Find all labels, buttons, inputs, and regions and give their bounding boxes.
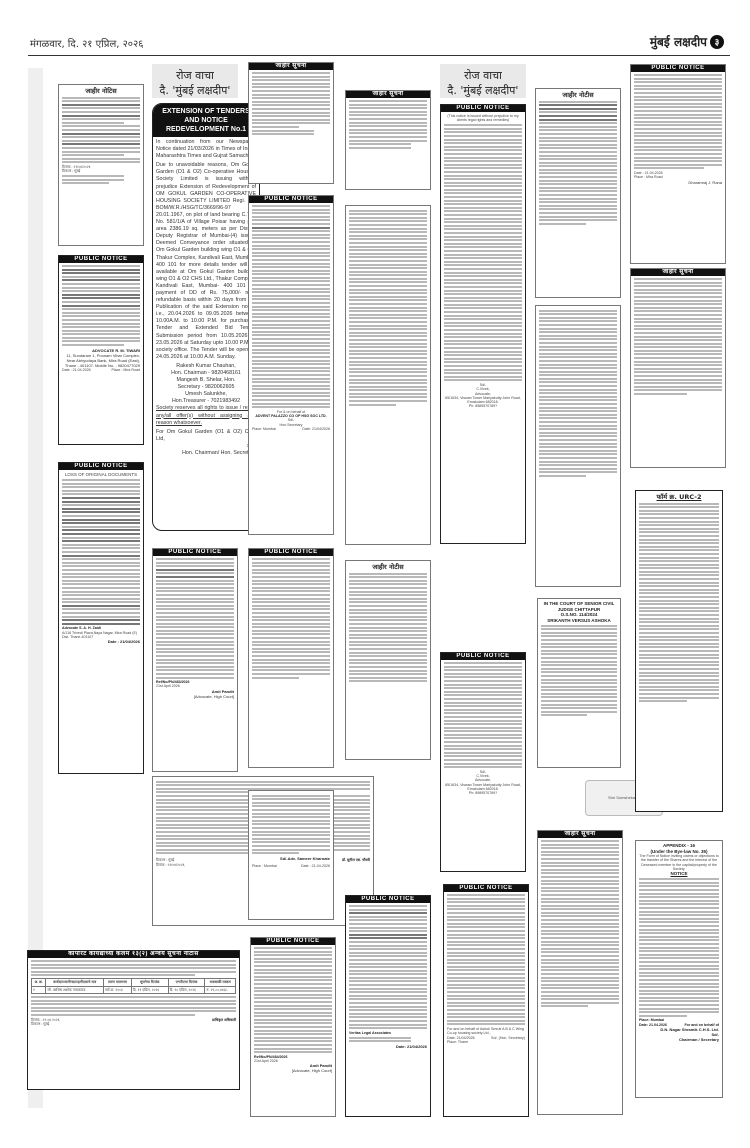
notice-title: PUBLIC NOTICE — [631, 65, 725, 72]
officer-line: Hon.Treasurer - 7021983492 — [156, 398, 256, 405]
signatory-role: [Advocate, High Court] — [156, 694, 234, 699]
signatory-for: For Om Gokul Garden (O1 & O2) CHS Ltd, — [156, 429, 256, 443]
marathi-notice-1: जाहीर नोटिस दिनांक : २१/०४/२०२६ ठिकाण : … — [58, 84, 144, 246]
section-13-notice: कार्पोरेट कायद्याच्या कलम १३(२) अन्वये स… — [27, 950, 240, 1090]
notice-title: जाहीर नोटीस — [539, 91, 617, 99]
officer-line: Umesh Salunkhe, — [156, 391, 256, 398]
signatory-role: [Advocate, High Court] — [254, 1068, 332, 1073]
notice-title: PUBLIC NOTICE — [251, 938, 335, 945]
signatory: Dharamraj J. Rana — [634, 180, 722, 185]
notice-subtitle: LOSS OF ORIGINAL DOCUMENTS — [62, 472, 140, 478]
notice-place: Place: Mumbai — [252, 427, 276, 431]
advocate-address: A/116 Trivedi Plaza,Naya Nagar, Mira Roa… — [62, 631, 140, 640]
notice-subtitle: (This notice is issued without prejudice… — [444, 114, 522, 123]
signatory: डॉ. सुनील एस. चौधरी — [342, 858, 370, 862]
form-urc2: फॉर्म क्र. URC-2 — [635, 490, 723, 812]
advocate-phone: Ph: 8989570789? — [444, 404, 522, 408]
column-header: सूचनेचा दिनांक — [131, 979, 168, 987]
advocate-address: 65/1634, Viswan Tower Mariyakutty John R… — [444, 783, 522, 792]
notice-title: EXTENSION OF TENDERS AND NOTICE REDEVELO… — [153, 104, 259, 137]
advocate-address: 65/1634, Viswan Tower Mariyakutty John R… — [444, 396, 522, 405]
notice-date: Date: 21/04/2026 — [302, 427, 330, 431]
extension-tender-notice: EXTENSION OF TENDERS AND NOTICE REDEVELO… — [152, 103, 260, 531]
public-notice-ashok-smruti: PUBLIC NOTICE For and on behalf of Ashok… — [443, 884, 529, 1117]
notice-title: PUBLIC NOTICE — [59, 463, 143, 470]
issue-date: मंगळवार, दि. २१ एप्रिल, २०२६ — [30, 36, 143, 50]
jahir-suchana-2: जाहीर सूचना — [345, 90, 431, 190]
jahir-suchana-col7: जाहीर सूचना — [630, 268, 726, 468]
signature-mark: sd/- — [156, 443, 256, 450]
signatory-for: For and on behalf of Ashok Smruti A B & … — [447, 1027, 525, 1036]
table-cell: दि. १० एप्रिल, २०२६ — [168, 986, 205, 994]
notice-title: PUBLIC NOTICE — [441, 653, 525, 660]
notice-title: PUBLIC NOTICE — [444, 885, 528, 892]
masthead: मुंबई लक्षदीप ३ — [650, 33, 724, 50]
public-notice-jain: PUBLIC NOTICE Ref/No/PN/484/2026 21st Ap… — [250, 937, 336, 1117]
column-header: अ. क्र. — [32, 979, 46, 987]
signatory: Hon. Chairman/ Hon. Secretary — [156, 450, 256, 457]
jahir-notice-flat: जाहीर नोटीस — [535, 88, 621, 298]
advocate-firm: Veritas Legal Associates — [349, 1031, 427, 1035]
notice-place: Place : Mira Road — [111, 368, 140, 372]
officer-line: Secretary - 9820062605 — [156, 384, 256, 391]
marathi-notice-col4 — [345, 205, 431, 545]
promo-line-1: रोज वाचा — [440, 68, 526, 83]
notice-title: जाहीर नोटिस — [62, 87, 140, 95]
column-header: कर्जदार/जामीनदार/हमीदाराचे नाव — [46, 979, 104, 987]
signatory: Chairman / Secretary — [639, 1037, 719, 1042]
appendix-16-notice: APPENDIX - 16 (Under the Bye-law No. 35)… — [635, 840, 723, 1098]
notice-title: कार्पोरेट कायद्याच्या कलम १३(२) अन्वये स… — [28, 951, 239, 958]
page-header: मंगळवार, दि. २१ एप्रिल, २०२६ मुंबई लक्षद… — [28, 0, 730, 56]
appendix-intro: The Form of Notice inviting claims or ob… — [639, 854, 719, 871]
notice-title: जाहीर सूचना — [346, 91, 430, 98]
jahir-suchana-col6: जाहीर सूचना — [537, 830, 623, 1115]
dues-table: अ. क्र. कर्जदार/जामीनदार/हमीदाराचे नाव त… — [31, 978, 236, 994]
signatory: Sd/- (Hon. Secretary) — [491, 1036, 525, 1040]
promo-line-2: दै. 'मुंबई लक्षदीप' — [152, 83, 238, 98]
jahir-notice-col4: जाहीर नोटीस — [345, 560, 431, 760]
officer-line: Mangesh B. Shelar, Hon. — [156, 377, 256, 384]
public-notice-lathalakshmi: PUBLIC NOTICE Sd/- C.Vivek, Advocate, 65… — [440, 652, 526, 872]
notice-title: जाहीर सूचना — [249, 63, 333, 70]
notice-title: जाहीर सूचना — [631, 269, 725, 276]
officer-line: Rakesh Kumar Chauhan, — [156, 363, 256, 370]
court-title: IN THE COURT OF SENIOR CIVIL JUDGE CHITT… — [541, 601, 617, 612]
column-header: एनपीएचा दिनांक — [168, 979, 205, 987]
notice-place: ठिकाण : मुंबई — [62, 169, 140, 173]
notice-place: ठिकाण : मुंबई — [31, 1022, 236, 1026]
public-notice-3: PUBLIC NOTICE — [248, 548, 334, 768]
table-cell: दि. ११ एप्रिल, २०२६ — [131, 986, 168, 994]
notice-place: Place : Mumbai — [252, 864, 277, 868]
officer-line: Hon. Chairman - 9820468161 — [156, 370, 256, 377]
notice-place: Place: Thane — [447, 1040, 525, 1044]
table-cell: सर्वे क्र. १२०३ — [104, 986, 132, 994]
public-notice-mushtaq: PUBLIC NOTICE Veritas Legal Associates D… — [345, 895, 431, 1117]
table-cell: सौ. आशिष अशोक गायकवाड — [46, 986, 104, 994]
public-notice-share-certificate: PUBLIC NOTICE Date : 21.04.2026 Place : … — [630, 64, 726, 264]
advocate-address: 11, Sundaram 1, Poonam Vihar Complex, Ne… — [62, 353, 140, 368]
advocate-phone: Ph: 8989570789? — [444, 791, 522, 795]
notice-date: Date: 21/04/2026 — [349, 1044, 427, 1049]
page-number-badge: ३ — [710, 35, 724, 49]
public-notice-noronha: PUBLIC NOTICE (This notice is issued wit… — [440, 104, 526, 544]
notice-date: Date : 21/04/2026 — [62, 639, 140, 644]
marathi-notice-col6 — [535, 305, 621, 587]
public-notice-advent: PUBLIC NOTICE For & on behalf of ADVENT … — [248, 195, 334, 535]
table-cell: १ — [32, 986, 46, 994]
notice-paragraph-1: In continuation from our Newspaper Notic… — [156, 139, 256, 160]
promo-read-daily: रोज वाचा दै. 'मुंबई लक्षदीप' — [152, 64, 238, 98]
public-notice-mistry: PUBLIC NOTICE Ref/No/PN/483/2026 21st Ap… — [152, 548, 238, 772]
notice-date: Date : 21.04.2026 — [62, 368, 91, 372]
signatory: Sd/-Adv. Sameer Kharnate — [252, 856, 330, 861]
notice-title: PUBLIC NOTICE — [59, 256, 143, 263]
paper-title: मुंबई लक्षदीप — [650, 33, 707, 50]
public-notice-loss-documents: PUBLIC NOTICE LOSS OF ORIGINAL DOCUMENTS… — [58, 462, 144, 774]
table-row: १ सौ. आशिष अशोक गायकवाड सर्वे क्र. १२०३ … — [32, 986, 236, 994]
promo-line-2: दै. 'मुंबई लक्षदीप' — [440, 83, 526, 98]
rights-statement: Society reserves all rights to issue / r… — [156, 405, 256, 426]
notice-title: फॉर्म क्र. URC-2 — [639, 493, 719, 501]
public-notice-kharnate: Sd/-Adv. Sameer Kharnate Place : MumbaiD… — [248, 790, 334, 920]
notice-date: Date : 21-04-2026 — [301, 864, 330, 868]
promo-read-daily-2: रोज वाचा दै. 'मुंबई लक्षदीप' — [440, 64, 526, 98]
table-cell: रु. २९,८०,४४३/- — [205, 986, 236, 994]
appendix-heading: NOTICE — [639, 871, 719, 877]
notice-title: PUBLIC NOTICE — [153, 549, 237, 556]
notice-title: जाहीर नोटीस — [349, 563, 427, 571]
promo-line-1: रोज वाचा — [152, 68, 238, 83]
notice-title: PUBLIC NOTICE — [249, 196, 333, 203]
notice-paragraph-2: Due to unavoidable reasons, Om Gokul Gar… — [156, 162, 256, 361]
signatory: प्राधिकृत अधिकारी — [212, 1018, 236, 1022]
case-parties: SRIKANTH VERSUS ASHOKA — [541, 618, 617, 624]
public-notice-verma: PUBLIC NOTICE ADVOCATE R. M. TIWARI 11, … — [58, 255, 144, 445]
court-notice: IN THE COURT OF SENIOR CIVIL JUDGE CHITT… — [537, 598, 621, 768]
notice-title: PUBLIC NOTICE — [441, 105, 525, 112]
notice-title: PUBLIC NOTICE — [346, 896, 430, 903]
notice-title: जाहीर सूचना — [538, 831, 622, 838]
column-header: थकबाकी रक्कम — [205, 979, 236, 987]
column-header: तारण मालमत्ता — [104, 979, 132, 987]
notice-title: PUBLIC NOTICE — [249, 549, 333, 556]
jahir-suchana-1: जाहीर सूचना — [248, 62, 334, 184]
